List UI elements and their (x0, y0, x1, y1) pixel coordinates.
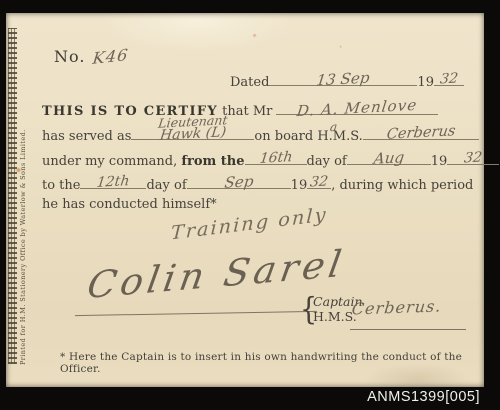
onboard-label: on board H.M.S. (254, 129, 362, 144)
command-label: under my command, (42, 154, 177, 169)
signature-rule (75, 311, 317, 316)
officer-name-blank: D. A. Menlove (276, 100, 438, 115)
year-prefix: 19 (291, 178, 308, 193)
year-prefix: 19 (417, 75, 434, 90)
officer-name-handwritten: D. A. Menlove (296, 97, 419, 120)
certify-that-mr: that Mr (222, 104, 272, 119)
to-label: to the (42, 178, 80, 193)
from-day-handwritten: 16th (258, 149, 293, 168)
dated-blank: 13 Sep (269, 71, 417, 86)
captain-ship-rule (350, 329, 466, 330)
no-value-handwritten: K46 (92, 45, 130, 68)
day-of-label: day of (146, 178, 186, 193)
to-day-blank: 12th (80, 174, 146, 189)
to-line: to the12thday ofSep1932, during which pe… (42, 174, 473, 191)
from-label: from the (181, 154, 244, 169)
from-line: under my command, from the16thday ofAug1… (42, 150, 499, 167)
from-month-handwritten: Aug (372, 149, 404, 168)
to-year-blank: 32 (307, 174, 331, 189)
period-label: , during which period (331, 178, 473, 193)
ship-blank: Cerberus (363, 125, 479, 140)
from-year-blank: 32 (447, 150, 499, 165)
footnote: * Here the Captain is to insert in his o… (60, 351, 484, 375)
captain-ship-handwritten: Cerberus. (351, 296, 443, 318)
conduct-label: he has conducted himself* (42, 197, 217, 212)
printer-imprint: Printed for H.M. Stationery Office by Wa… (19, 35, 27, 365)
dated-year-blank: 32 (434, 71, 464, 86)
ship-handwritten: Cerberus (385, 123, 456, 144)
rank-blank: LieutenantHawk (L) (131, 125, 254, 140)
decorative-edge-pattern (8, 28, 17, 364)
dated-line: Dated13 Sep1932 (230, 71, 464, 88)
from-day-blank: 16th (245, 150, 307, 165)
no-label: No. (54, 47, 85, 66)
conduct-line: he has conducted himself* (42, 196, 217, 213)
onboard-label-wrap: on board H.M.S.a (254, 129, 362, 144)
serial-number-line: No.K46 (54, 47, 129, 66)
served-line: has served asLieutenantHawk (L)on board … (42, 125, 479, 142)
rank-online-handwritten: Hawk (L) (159, 124, 227, 144)
dated-label: Dated (230, 75, 269, 90)
from-year-handwritten: 32 (463, 150, 483, 168)
dated-value-handwritten: 13 Sep (316, 70, 371, 90)
catalog-number-label: ANMS1399[005] (367, 389, 480, 405)
to-month-handwritten: Sep (223, 173, 254, 191)
certificate-paper: Printed for H.M. Stationery Office by Wa… (6, 13, 484, 387)
from-month-blank: Aug (347, 150, 431, 165)
to-day-handwritten: 12th (96, 173, 131, 192)
to-year-handwritten: 32 (309, 174, 329, 192)
certify-line: THIS IS TO CERTIFY that Mr D. A. Menlove (42, 100, 438, 117)
served-label: has served as (42, 129, 131, 144)
day-of-label: day of (307, 154, 347, 169)
to-month-blank: Sep (187, 174, 291, 189)
year-prefix: 19 (431, 154, 448, 169)
dated-year-handwritten: 32 (439, 71, 459, 89)
